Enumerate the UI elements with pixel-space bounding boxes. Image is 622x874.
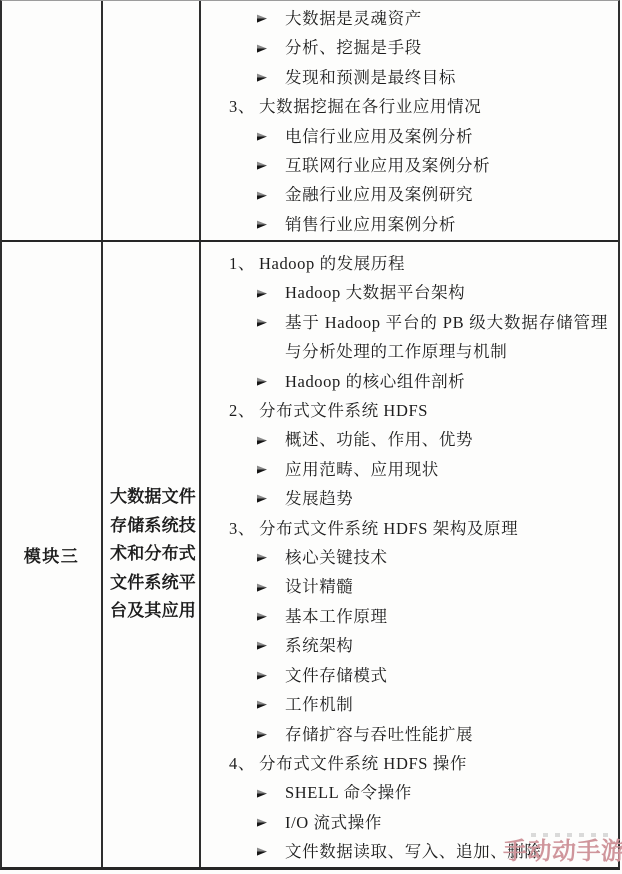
item-text: 设计精髓: [285, 572, 608, 601]
item-text: 基于 Hadoop 平台的 PB 级大数据存储管理与分析处理的工作原理与机制: [285, 308, 608, 367]
item-text: 核心关键技术: [285, 543, 608, 572]
item-number: 3、: [229, 92, 259, 121]
list-item: 4、 分布式文件系统 HDFS 操作: [201, 749, 618, 778]
table-row-module-three: 模块三 大数据文件存储系统技术和分布式文件系统平台及其应用 1、: [2, 240, 618, 867]
list-item: 概述、功能、作用、优势: [201, 425, 618, 454]
arrowhead-bullet-icon: [257, 278, 285, 307]
content-list: 1、 Hadoop 的发展历程: [201, 242, 618, 867]
topic-cell: 大数据文件存储系统技术和分布式文件系统平台及其应用: [101, 242, 199, 867]
list-item: 基于 Hadoop 平台的 PB 级大数据存储管理与分析处理的工作原理与机制: [201, 308, 618, 367]
arrowhead-bullet-icon: [257, 484, 285, 513]
item-text: 分布式文件系统 HDFS: [259, 396, 608, 425]
arrowhead-bullet-icon: [257, 837, 285, 866]
item-text: Hadoop 大数据平台架构: [285, 278, 608, 307]
item-text: 基本工作原理: [285, 602, 608, 631]
item-text: 文件存储模式: [285, 661, 608, 690]
list-item: 3、 分布式文件系统 HDFS 架构及原理: [201, 514, 618, 543]
list-item: 分析、挖掘是手段: [201, 33, 618, 62]
list-item: 销售行业应用案例分析: [201, 210, 618, 239]
list-item: SHELL 命令操作: [201, 778, 618, 807]
module-cell-empty: [2, 1, 101, 240]
arrowhead-bullet-icon: [257, 180, 285, 209]
arrowhead-bullet-icon: [257, 425, 285, 454]
content-cell: 大数据是灵魂资产 分析、挖掘是手段: [199, 1, 618, 240]
list-item: 基本工作原理: [201, 602, 618, 631]
item-text: Hadoop 的核心组件剖析: [285, 367, 608, 396]
item-text: 大数据是灵魂资产: [285, 4, 608, 33]
item-text: 大数据挖掘在各行业应用情况: [259, 92, 608, 121]
list-item: 互联网行业应用及案例分析: [201, 151, 618, 180]
list-item: 应用范畴、应用现状: [201, 455, 618, 484]
content-list: 大数据是灵魂资产 分析、挖掘是手段: [201, 1, 618, 239]
item-text: 发展趋势: [285, 484, 608, 513]
arrowhead-bullet-icon: [257, 4, 285, 33]
item-text: 分布式文件系统 HDFS 操作: [259, 749, 608, 778]
item-text: 金融行业应用及案例研究: [285, 180, 608, 209]
list-item: 3、 大数据挖掘在各行业应用情况: [201, 92, 618, 121]
watermark-logo: 手动动手游: [503, 838, 622, 865]
list-item: 工作机制: [201, 690, 618, 719]
course-outline-table: 大数据是灵魂资产 分析、挖掘是手段: [0, 0, 620, 870]
arrowhead-bullet-icon: [257, 690, 285, 719]
item-text: 销售行业应用案例分析: [285, 210, 608, 239]
arrowhead-bullet-icon: [257, 543, 285, 572]
item-text: 互联网行业应用及案例分析: [285, 151, 608, 180]
list-item: 存储扩容与吞吐性能扩展: [201, 720, 618, 749]
list-item: Hadoop 大数据平台架构: [201, 278, 618, 307]
content-cell: 1、 Hadoop 的发展历程: [199, 242, 618, 867]
item-text: 工作机制: [285, 690, 608, 719]
list-item: 金融行业应用及案例研究: [201, 180, 618, 209]
item-text: 分析、挖掘是手段: [285, 33, 608, 62]
arrowhead-bullet-icon: [257, 808, 285, 837]
item-number: 2、: [229, 396, 259, 425]
list-item: 发展趋势: [201, 484, 618, 513]
list-item: 发现和预测是最终目标: [201, 63, 618, 92]
list-item: 电信行业应用及案例分析: [201, 122, 618, 151]
arrowhead-bullet-icon: [257, 631, 285, 660]
module-label: 模块三: [24, 542, 80, 567]
list-item: 设计精髓: [201, 572, 618, 601]
list-item: Hadoop 的核心组件剖析: [201, 367, 618, 396]
topic-cell-empty: [101, 1, 199, 240]
item-number: 1、: [229, 249, 259, 278]
item-text: SHELL 命令操作: [285, 778, 608, 807]
list-item: 系统架构: [201, 631, 618, 660]
list-item: 核心关键技术: [201, 543, 618, 572]
arrowhead-bullet-icon: [257, 661, 285, 690]
arrowhead-bullet-icon: [257, 63, 285, 92]
faint-ghost-text: [531, 833, 615, 837]
arrowhead-bullet-icon: [257, 778, 285, 807]
list-item: 文件存储模式: [201, 661, 618, 690]
arrowhead-bullet-icon: [257, 367, 285, 396]
item-text: 电信行业应用及案例分析: [285, 122, 608, 151]
arrowhead-bullet-icon: [257, 720, 285, 749]
item-text: Hadoop 的发展历程: [259, 249, 608, 278]
arrowhead-bullet-icon: [257, 210, 285, 239]
list-item: 大数据是灵魂资产: [201, 4, 618, 33]
arrowhead-bullet-icon: [257, 33, 285, 62]
item-number: 3、: [229, 514, 259, 543]
item-text: 存储扩容与吞吐性能扩展: [285, 720, 608, 749]
arrowhead-bullet-icon: [257, 122, 285, 151]
list-item: 1、 Hadoop 的发展历程: [201, 249, 618, 278]
arrowhead-bullet-icon: [257, 151, 285, 180]
item-text: 分布式文件系统 HDFS 架构及原理: [259, 514, 608, 543]
list-item: 2、 分布式文件系统 HDFS: [201, 396, 618, 425]
arrowhead-bullet-icon: [257, 572, 285, 601]
arrowhead-bullet-icon: [257, 602, 285, 631]
module-cell: 模块三: [2, 242, 101, 867]
arrowhead-bullet-icon: [257, 308, 285, 337]
topic-text: 大数据文件存储系统技术和分布式文件系统平台及其应用: [110, 483, 198, 626]
document-page: 大数据是灵魂资产 分析、挖掘是手段: [0, 0, 622, 874]
item-text: 概述、功能、作用、优势: [285, 425, 608, 454]
item-text: 应用范畴、应用现状: [285, 455, 608, 484]
item-text: 发现和预测是最终目标: [285, 63, 608, 92]
table-row-previous-module: 大数据是灵魂资产 分析、挖掘是手段: [2, 1, 618, 240]
item-number: 4、: [229, 749, 259, 778]
arrowhead-bullet-icon: [257, 455, 285, 484]
item-text: 系统架构: [285, 631, 608, 660]
